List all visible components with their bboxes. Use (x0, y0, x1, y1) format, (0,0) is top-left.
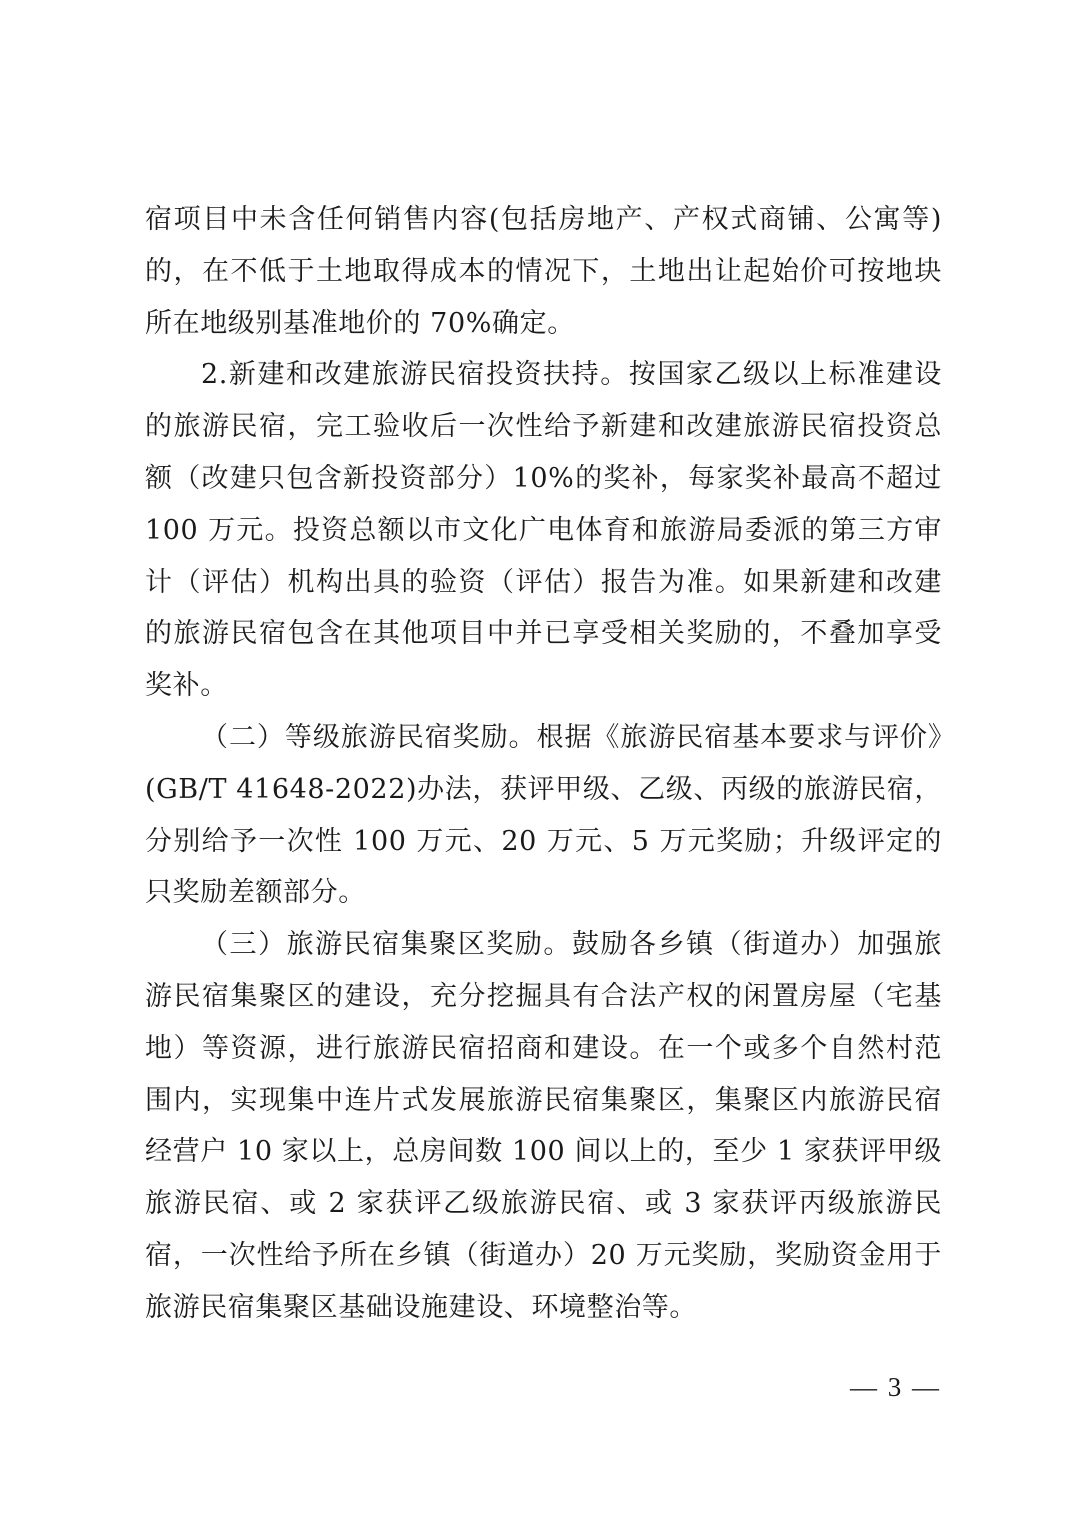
page-number: — 3 — (850, 1372, 941, 1403)
paragraph-land-price: 宿项目中未含任何销售内容(包括房地产、产权式商铺、公寓等)的，在不低于土地取得成… (145, 194, 942, 349)
paragraph-cluster-reward: （三）旅游民宿集聚区奖励。鼓励各乡镇（街道办）加强旅游民宿集聚区的建设，充分挖掘… (145, 919, 942, 1333)
paragraph-investment-support: 2.新建和改建旅游民宿投资扶持。按国家乙级以上标准建设的旅游民宿，完工验收后一次… (145, 349, 942, 712)
paragraph-grade-reward: （二）等级旅游民宿奖励。根据《旅游民宿基本要求与评价》(GB/T 41648-2… (145, 712, 942, 919)
document-body: 宿项目中未含任何销售内容(包括房地产、产权式商铺、公寓等)的，在不低于土地取得成… (145, 194, 942, 1334)
